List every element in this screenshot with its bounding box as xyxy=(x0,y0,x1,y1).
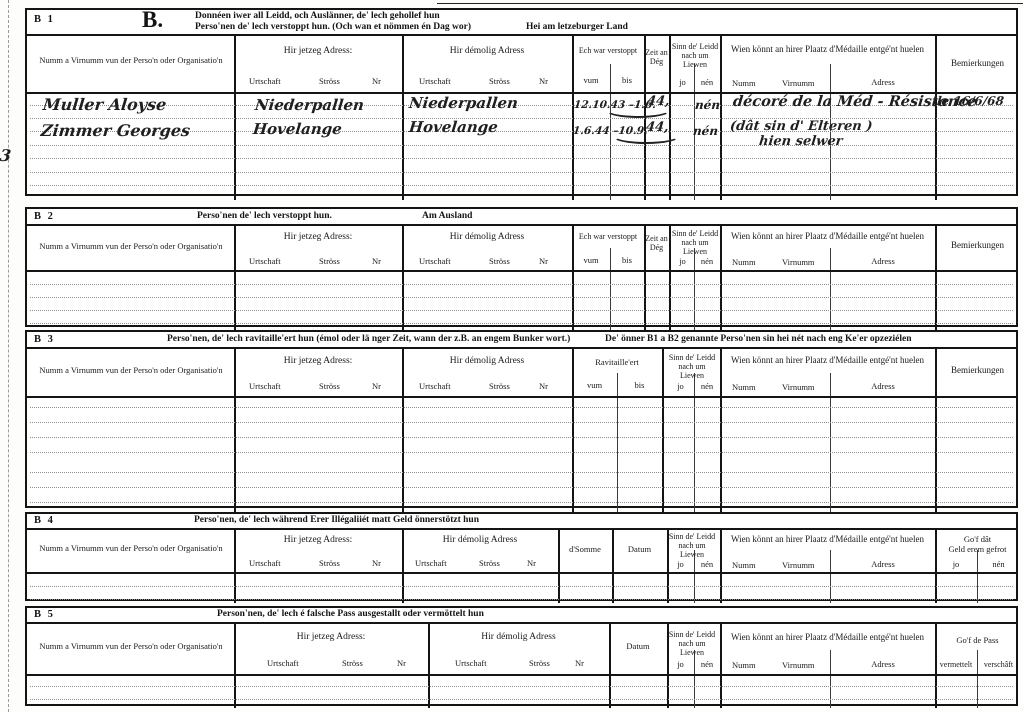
section-b4-id: B 4 xyxy=(34,515,55,526)
col-jo-label: jo xyxy=(667,660,694,670)
col-vermettelt-label: vermettelt xyxy=(935,660,977,669)
entry-name: Zimmer Georges xyxy=(40,121,191,140)
section-b3: B 3 Perso'nen, de' lech ravitaille'ert h… xyxy=(25,330,1018,508)
section-b1-title-suffix: Hei am letzeburger Land xyxy=(526,22,628,32)
col-nr-label: Nr xyxy=(539,76,548,86)
col-stross-label: Ströss xyxy=(319,381,340,391)
section-b1-big-letter: B. xyxy=(142,7,163,33)
section-b5-id: B 5 xyxy=(34,609,55,620)
col-jo-label: jo xyxy=(667,382,694,392)
col-stross-label: Ströss xyxy=(319,76,340,86)
col-urtschaft-label: Urtschaft xyxy=(249,256,281,266)
col-wien-header: Wien könnt an hirer Plaatz d'Médaille en… xyxy=(725,44,930,54)
writing-line xyxy=(30,452,1013,453)
col-urtschaft-label: Urtschaft xyxy=(455,658,487,668)
section-b1: B 1 B. Donnéen iwer all Leidd, och Auslä… xyxy=(25,8,1018,196)
col-nen-label: nén xyxy=(695,560,719,570)
underline-flourish xyxy=(612,128,680,144)
entry-wien: (dât sin d' Elteren ) xyxy=(729,119,873,134)
col-wien-header: Wien könnt an hirer Plaatz d'Médaille en… xyxy=(725,355,930,365)
section-b3-title-band: B 3 Perso'nen, de' lech ravitaille'ert h… xyxy=(27,332,1016,349)
col-datum-header: Datum xyxy=(612,545,667,555)
col-vum-label: vum xyxy=(572,256,610,266)
col-zeit-header: Zeit an Dég xyxy=(645,234,668,252)
col-demolig-header: Hir démolig Adress xyxy=(402,356,572,367)
section-b1-title-band: B 1 B. Donnéen iwer all Leidd, och Auslä… xyxy=(27,10,1016,36)
writing-line xyxy=(30,599,1013,600)
header-bottom-rule xyxy=(27,270,1016,272)
col-bemierkungen-header: Bemierkungen xyxy=(935,365,1020,375)
entry-bemierkung: le 16/6/68 xyxy=(936,94,1004,108)
col-urtschaft-label: Urtschaft xyxy=(419,76,451,86)
col-nr-label: Nr xyxy=(527,558,536,568)
writing-line xyxy=(30,502,1013,503)
col-nen-label: nén xyxy=(695,660,719,670)
col-numm-label: Numm xyxy=(732,560,756,570)
sub-column-divider xyxy=(830,373,831,512)
col-virnumm-label: Virnumm xyxy=(782,660,815,670)
col-jetzeg-header: Hir jetzeg Adress: xyxy=(234,535,402,546)
writing-line xyxy=(30,158,1013,159)
col-jetzeg-header: Hir jetzeg Adress: xyxy=(234,356,402,367)
col-nen-label: nén xyxy=(977,560,1020,570)
col-sinn-header: Sinn de' Leidd nach um Liewen xyxy=(667,532,717,560)
underline-flourish xyxy=(605,102,671,118)
col-datum-header: Datum xyxy=(609,642,667,652)
col-sinn-header: Sinn de' Leidd nach um Liewen xyxy=(671,229,719,257)
col-gof-pass-header: Go'f de Pass xyxy=(935,636,1020,646)
col-dsomme-header: d'Somme xyxy=(558,545,612,555)
col-vum-label: vum xyxy=(572,76,610,86)
col-nr-label: Nr xyxy=(372,381,381,391)
writing-line xyxy=(30,297,1013,298)
header-bottom-rule xyxy=(27,396,1016,398)
col-urtschaft-label: Urtschaft xyxy=(415,558,447,568)
writing-line xyxy=(30,185,1013,186)
section-b2-id: B 2 xyxy=(34,211,55,222)
col-wien-header: Wien könnt an hirer Plaatz d'Médaille en… xyxy=(725,231,930,241)
section-b4-title-band: B 4 Perso'nen, de' lech während Erer Ill… xyxy=(27,514,1016,530)
writing-line xyxy=(30,487,1013,488)
col-numm-label: Numm xyxy=(732,382,756,392)
col-demolig-header: Hir démolig Adress xyxy=(402,535,558,546)
column-divider xyxy=(720,226,722,331)
col-virnumm-label: Virnumm xyxy=(782,382,815,392)
col-virnumm-label: Virnumm xyxy=(782,257,815,267)
col-stross-label: Ströss xyxy=(489,256,510,266)
col-jo-label: jo xyxy=(671,257,694,267)
writing-line xyxy=(30,699,1013,700)
entry-nen: nén xyxy=(694,98,721,112)
col-urtschaft-label: Urtschaft xyxy=(419,256,451,266)
col-adress-label: Adress xyxy=(831,78,935,88)
col-bis-label: bis xyxy=(610,256,644,266)
column-divider xyxy=(720,530,722,603)
page-top-edge-line xyxy=(437,3,1023,4)
col-name-header: Numm a Virnumm vun der Perso'n oder Orga… xyxy=(33,242,229,252)
column-divider xyxy=(720,624,722,708)
col-numm-label: Numm xyxy=(732,660,756,670)
writing-line xyxy=(30,422,1013,423)
col-urtschaft-label: Urtschaft xyxy=(249,381,281,391)
col-nen-label: nén xyxy=(695,78,719,88)
col-jetzeg-header: Hir jetzeg Adress: xyxy=(234,46,402,57)
col-verstoppt-header: Ech war verstoppt xyxy=(572,46,644,55)
col-bis-label: bis xyxy=(617,381,662,391)
col-nr-label: Nr xyxy=(397,658,406,668)
section-b1-id: B 1 xyxy=(34,14,55,25)
entry-nen: nén xyxy=(692,124,719,138)
entry-demolig: Hovelange xyxy=(408,118,499,136)
col-ravitailleert-header: Ravitaille'ert xyxy=(572,358,662,368)
section-b2-table: Numm a Virnumm vun der Perso'n oder Orga… xyxy=(27,226,1016,331)
section-b5-title: Person'nen, de' lech é falsche Pass ausg… xyxy=(217,609,484,619)
col-numm-label: Numm xyxy=(732,78,756,88)
col-jo-label: jo xyxy=(671,78,694,88)
col-demolig-header: Hir démolig Adress xyxy=(428,632,609,643)
section-b4-table: Numm a Virnumm vun der Perso'n oder Orga… xyxy=(27,530,1016,603)
col-numm-label: Numm xyxy=(732,257,756,267)
entry-jetzeg: Niederpallen xyxy=(254,96,365,114)
col-stross-label: Ströss xyxy=(489,381,510,391)
column-divider xyxy=(558,530,560,603)
col-demolig-header: Hir démolig Adress xyxy=(402,46,572,57)
col-sinn-header: Sinn de' Leidd nach um Liewen xyxy=(667,353,717,381)
section-b5-title-band: B 5 Person'nen, de' lech é falsche Pass … xyxy=(27,608,1016,624)
entry-jetzeg: Hovelange xyxy=(252,120,343,138)
sub-column-divider xyxy=(977,550,978,603)
sub-column-divider xyxy=(694,373,695,512)
col-name-header: Numm a Virnumm vun der Perso'n oder Orga… xyxy=(33,642,229,652)
col-stross-label: Ströss xyxy=(489,76,510,86)
scanned-form-page: 3 B 1 B. Donnéen iwer all Leidd, och Aus… xyxy=(0,0,1023,712)
section-b1-title-line2: Perso'nen de' lech verstoppt hun. (Och w… xyxy=(195,22,471,32)
col-nr-label: Nr xyxy=(575,658,584,668)
col-adress-label: Adress xyxy=(831,560,935,570)
section-b2: B 2 Perso'nen de' lech verstoppt hun. Am… xyxy=(25,207,1018,327)
col-name-header: Numm a Virnumm vun der Perso'n oder Orga… xyxy=(33,56,229,66)
col-adress-label: Adress xyxy=(831,257,935,267)
section-b3-title-suffix: De' önner B1 a B2 genannte Perso'nen sin… xyxy=(605,334,912,344)
col-wien-header: Wien könnt an hirer Plaatz d'Médaille en… xyxy=(725,632,930,642)
left-margin-dashed-line xyxy=(8,0,9,712)
writing-line xyxy=(30,310,1013,311)
col-adress-label: Adress xyxy=(831,382,935,392)
col-adress-label: Adress xyxy=(831,660,935,670)
section-b2-title: Perso'nen de' lech verstoppt hun. xyxy=(197,211,332,221)
col-sinn-header: Sinn de' Leidd nach um Liewen xyxy=(667,630,717,658)
section-b3-table: Numm a Virnumm vun der Perso'n oder Orga… xyxy=(27,349,1016,512)
col-urtschaft-label: Urtschaft xyxy=(267,658,299,668)
section-b1-table: Numm a Virnumm vun der Perso'n oder Orga… xyxy=(27,36,1016,200)
section-b5: B 5 Person'nen, de' lech é falsche Pass … xyxy=(25,606,1018,706)
writing-line xyxy=(30,145,1013,146)
section-b1-title-line1: Donnéen iwer all Leidd, och Auslänner, d… xyxy=(195,11,440,21)
col-name-header: Numm a Virnumm vun der Perso'n oder Orga… xyxy=(33,366,229,376)
writing-line xyxy=(30,686,1013,687)
col-bemierkungen-header: Bemierkungen xyxy=(935,240,1020,250)
writing-line xyxy=(30,172,1013,173)
col-nen-label: nén xyxy=(695,257,719,267)
col-vum-label: vum xyxy=(572,381,617,391)
col-verschaft-label: verschâft xyxy=(977,660,1020,669)
header-bottom-rule xyxy=(27,674,1016,676)
section-b5-table: Numm a Virnumm vun der Perso'n oder Orga… xyxy=(27,624,1016,708)
col-zeit-header: Zeit an Dég xyxy=(645,48,668,66)
col-jo-label: jo xyxy=(935,560,977,570)
section-b3-title: Perso'nen, de' lech ravitaille'ert hun (… xyxy=(167,334,570,344)
col-nr-label: Nr xyxy=(539,381,548,391)
column-divider xyxy=(609,624,611,708)
col-virnumm-label: Virnumm xyxy=(782,560,815,570)
col-stross-label: Ströss xyxy=(479,558,500,568)
sub-column-divider xyxy=(830,550,831,603)
col-demolig-header: Hir démolig Adress xyxy=(402,232,572,243)
writing-line xyxy=(30,472,1013,473)
column-divider xyxy=(612,530,614,603)
col-stross-label: Ströss xyxy=(529,658,550,668)
col-stross-label: Ströss xyxy=(319,256,340,266)
col-bis-label: bis xyxy=(610,76,644,86)
section-b4: B 4 Perso'nen, de' lech während Erer Ill… xyxy=(25,512,1018,601)
entry-wien-line2: hien selwer xyxy=(758,134,843,149)
col-nr-label: Nr xyxy=(372,76,381,86)
entry-demolig: Niederpallen xyxy=(408,94,519,112)
section-b2-title-suffix: Am Ausland xyxy=(422,211,472,221)
sub-column-divider xyxy=(617,373,618,512)
col-jetzeg-header: Hir jetzeg Adress: xyxy=(234,632,428,643)
writing-line xyxy=(30,586,1013,587)
entry-name: Muller Aloyse xyxy=(42,95,167,114)
col-nr-label: Nr xyxy=(372,558,381,568)
section-b2-title-band: B 2 Perso'nen de' lech verstoppt hun. Am… xyxy=(27,209,1016,226)
writing-line xyxy=(30,323,1013,324)
col-virnumm-label: Virnumm xyxy=(782,78,815,88)
col-urtschaft-label: Urtschaft xyxy=(249,558,281,568)
col-stross-label: Ströss xyxy=(342,658,363,668)
writing-line xyxy=(30,437,1013,438)
col-nen-label: nén xyxy=(695,382,719,392)
writing-line xyxy=(30,284,1013,285)
col-jo-label: jo xyxy=(667,560,694,570)
col-urtschaft-label: Urtschaft xyxy=(419,381,451,391)
header-bottom-rule xyxy=(27,572,1016,574)
col-name-header: Numm a Virnumm vun der Perso'n oder Orga… xyxy=(33,544,229,554)
col-gof-geld-header-line2: Geld erem gefrot xyxy=(935,545,1020,555)
col-wien-header: Wien könnt an hirer Plaatz d'Médaille en… xyxy=(725,534,930,544)
col-urtschaft-label: Urtschaft xyxy=(249,76,281,86)
col-jetzeg-header: Hir jetzeg Adress: xyxy=(234,232,402,243)
col-bemierkungen-header: Bemierkungen xyxy=(935,58,1020,68)
section-b4-title: Perso'nen, de' lech während Erer Illégal… xyxy=(194,515,479,525)
section-b3-id: B 3 xyxy=(34,334,55,345)
col-verstoppt-header: Ech war verstoppt xyxy=(572,232,644,241)
writing-line xyxy=(30,407,1013,408)
col-nr-label: Nr xyxy=(539,256,548,266)
col-sinn-header: Sinn de' Leidd nach um Liewen xyxy=(671,42,719,70)
col-stross-label: Ströss xyxy=(319,558,340,568)
column-divider xyxy=(572,226,574,331)
margin-annotation: 3 xyxy=(0,146,12,165)
col-nr-label: Nr xyxy=(372,256,381,266)
